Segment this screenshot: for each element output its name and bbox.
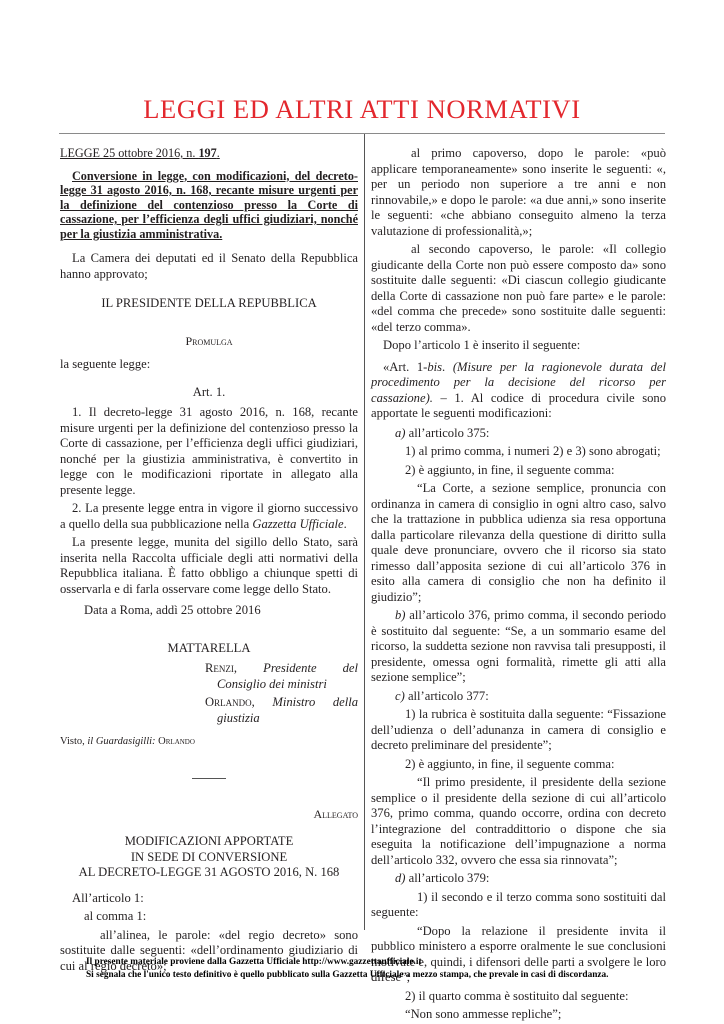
section-title: LEGGI ED ALTRI ATTI NORMATIVI bbox=[0, 94, 724, 125]
item-a-2: 2) è aggiunto, in fine, il seguente comm… bbox=[371, 463, 666, 479]
column-divider bbox=[364, 134, 365, 930]
date-line: Data a Roma, addì 25 ottobre 2016 bbox=[60, 603, 358, 619]
footer-line-2: Si segnala che l'unico testo definitivo … bbox=[86, 969, 609, 982]
approval-text: La Camera dei deputati ed il Senato dell… bbox=[60, 251, 358, 282]
item-a-1: 1) al primo comma, i numeri 2) e 3) sono… bbox=[371, 444, 666, 460]
item-a-2-quote: “La Corte, a sezione semplice, pronuncia… bbox=[371, 481, 666, 605]
insert-intro: Dopo l’articolo 1 è inserito il seguente… bbox=[371, 338, 666, 354]
signatory-orlando: Orlando, Ministro della giustizia bbox=[205, 695, 358, 726]
promulga-label: Promulga bbox=[60, 334, 358, 350]
signatory-main: MATTARELLA bbox=[60, 641, 358, 657]
art1-intro: All’articolo 1: bbox=[60, 891, 358, 907]
item-d-1: 1) il secondo e il terzo comma sono sost… bbox=[371, 890, 666, 921]
item-c-2-quote: “Il primo presidente, il presidente dell… bbox=[371, 775, 666, 868]
president-heading: IL PRESIDENTE DELLA REPUBBLICA bbox=[60, 296, 358, 312]
first-capoverso: al primo capoverso, dopo le parole: «può… bbox=[371, 146, 666, 239]
signatory-renzi: Renzi, Presidente del Consiglio dei mini… bbox=[205, 661, 358, 692]
item-d-2: 2) il quarto comma è sostituito dal segu… bbox=[371, 989, 666, 1005]
article-heading: Art. 1. bbox=[60, 385, 358, 401]
footer-notice: Il presente materiale proviene dalla Gaz… bbox=[86, 956, 609, 981]
annex-title-3: AL DECRETO-LEGGE 31 AGOSTO 2016, N. 168 bbox=[60, 865, 358, 881]
item-c-1: 1) la rubrica è sostituita dalla seguent… bbox=[371, 707, 666, 754]
signatories: Renzi, Presidente del Consiglio dei mini… bbox=[205, 661, 358, 726]
item-c-2: 2) è aggiunto, in fine, il seguente comm… bbox=[371, 757, 666, 773]
second-capoverso: al secondo capoverso, le parole: «Il col… bbox=[371, 242, 666, 335]
item-d: d) all’articolo 379: bbox=[371, 871, 666, 887]
left-column: LEGGE 25 ottobre 2016, n. 197. Conversio… bbox=[60, 146, 358, 974]
art1bis-heading: «Art. 1-bis. (Misure per la ragionevole … bbox=[371, 360, 666, 422]
item-c: c) all’articolo 377: bbox=[371, 689, 666, 705]
law-title: Conversione in legge, con modificazioni,… bbox=[60, 169, 358, 242]
item-a: a) all’articolo 375: bbox=[371, 426, 666, 442]
visto-line: Visto, il Guardasigilli: Orlando bbox=[60, 734, 358, 750]
comma-1: al comma 1: bbox=[60, 909, 358, 925]
right-column: al primo capoverso, dopo le parole: «può… bbox=[371, 146, 666, 1023]
law-reference: LEGGE 25 ottobre 2016, n. 197. bbox=[60, 146, 358, 162]
intro-text: la seguente legge: bbox=[60, 357, 358, 373]
item-b: b) all’articolo 376, primo comma, il sec… bbox=[371, 608, 666, 686]
allegato-label: Allegato bbox=[60, 807, 358, 823]
article-para-2: 2. La presente legge entra in vigore il … bbox=[60, 501, 358, 532]
annex-title-2: IN SEDE DI CONVERSIONE bbox=[60, 850, 358, 866]
seal-paragraph: La presente legge, munita del sigillo de… bbox=[60, 535, 358, 597]
header-rule bbox=[59, 133, 665, 134]
annex-title-1: MODIFICAZIONI APPORTATE bbox=[60, 834, 358, 850]
footer-line-1: Il presente materiale proviene dalla Gaz… bbox=[86, 956, 609, 969]
item-d-2-quote: “Non sono ammesse repliche”; bbox=[371, 1007, 666, 1023]
separator-rule bbox=[192, 778, 226, 779]
article-para-1: 1. Il decreto-legge 31 agosto 2016, n. 1… bbox=[60, 405, 358, 498]
